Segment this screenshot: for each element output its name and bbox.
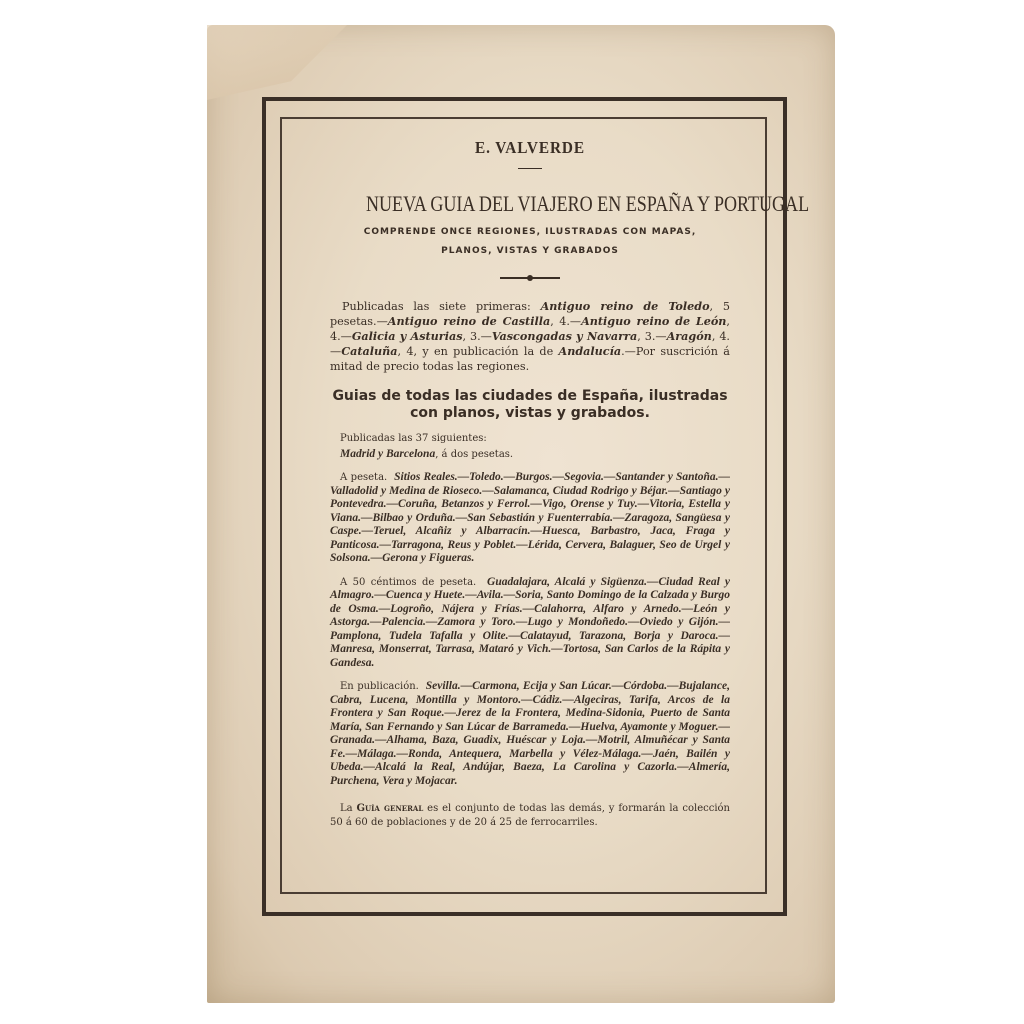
author-name: E. VALVERDE: [350, 138, 710, 158]
two-pesetas-line: Madrid y Barcelona, á dos pesetas.: [330, 448, 730, 462]
region-price: , 3.—: [463, 330, 492, 343]
two-pesetas-price: , á dos pesetas.: [435, 449, 513, 460]
book-title: NUEVA GUIA DEL VIAJERO EN ESPAÑA Y PORTU…: [366, 191, 694, 217]
region-name: Cataluña: [341, 344, 397, 358]
ornamental-divider: [330, 267, 730, 277]
cities-heading: Guias de todas las ciudades de España, i…: [330, 388, 730, 422]
region-name: Vascongadas y Navarra: [492, 329, 637, 343]
one-peseta-cities: Sitios Reales.—Toledo.—Burgos.—Segovia.—…: [330, 471, 730, 564]
page-content: E. VALVERDE NUEVA GUIA DEL VIAJERO EN ES…: [330, 130, 730, 829]
fifty-cents-label: A 50 céntimos de peseta.: [340, 577, 476, 588]
in-publication-label: En publicación.: [340, 681, 419, 692]
book-subtitle: COMPRENDE ONCE REGIONES, ILUSTRADAS CON …: [330, 223, 730, 261]
in-publication-paragraph: En publicación. Sevilla.—Carmona, Ecija …: [330, 680, 730, 788]
in-publication-cities: Sevilla.—Carmona, Ecija y San Lúcar.—Cór…: [330, 680, 730, 787]
region-name: Aragón: [667, 329, 712, 343]
regions-intro: Publicadas las siete primeras:: [342, 300, 541, 313]
cities-published-intro: Publicadas las 37 siguientes:: [330, 432, 730, 446]
guide-general-name: Guía general: [357, 803, 424, 814]
closing-paragraph: La Guía general es el conjunto de todas …: [330, 802, 730, 829]
region-price: , 3.—: [637, 330, 666, 343]
fifty-cents-paragraph: A 50 céntimos de peseta. Guadalajara, Al…: [330, 576, 730, 671]
one-peseta-paragraph: A peseta. Sitios Reales.—Toledo.—Burgos.…: [330, 471, 730, 566]
subtitle-line-2: PLANOS, VISTAS Y GRABADOS: [330, 242, 730, 261]
region-name: Antiguo reino de Castilla: [388, 314, 550, 328]
regions-paragraph: Publicadas las siete primeras: Antiguo r…: [330, 299, 730, 374]
one-peseta-label: A peseta.: [340, 472, 387, 483]
region-name: Andalucía: [559, 344, 622, 358]
region-name: Antiguo reino de León: [581, 314, 726, 328]
subtitle-line-1: COMPRENDE ONCE REGIONES, ILUSTRADAS CON …: [330, 223, 730, 242]
fifty-cents-cities: Guadalajara, Alcalá y Sigüenza.—Ciudad R…: [330, 576, 730, 669]
closing-prefix: La: [340, 803, 357, 814]
two-pesetas-cities: Madrid y Barcelona: [340, 448, 435, 460]
region-price: , 4.—: [550, 315, 581, 328]
region-price: , 4, y en publicación la de: [398, 345, 559, 358]
divider-rule: [518, 168, 542, 169]
region-name: Galicia y Asturias: [352, 329, 463, 343]
region-name: Antiguo reino de Toledo: [541, 299, 710, 313]
